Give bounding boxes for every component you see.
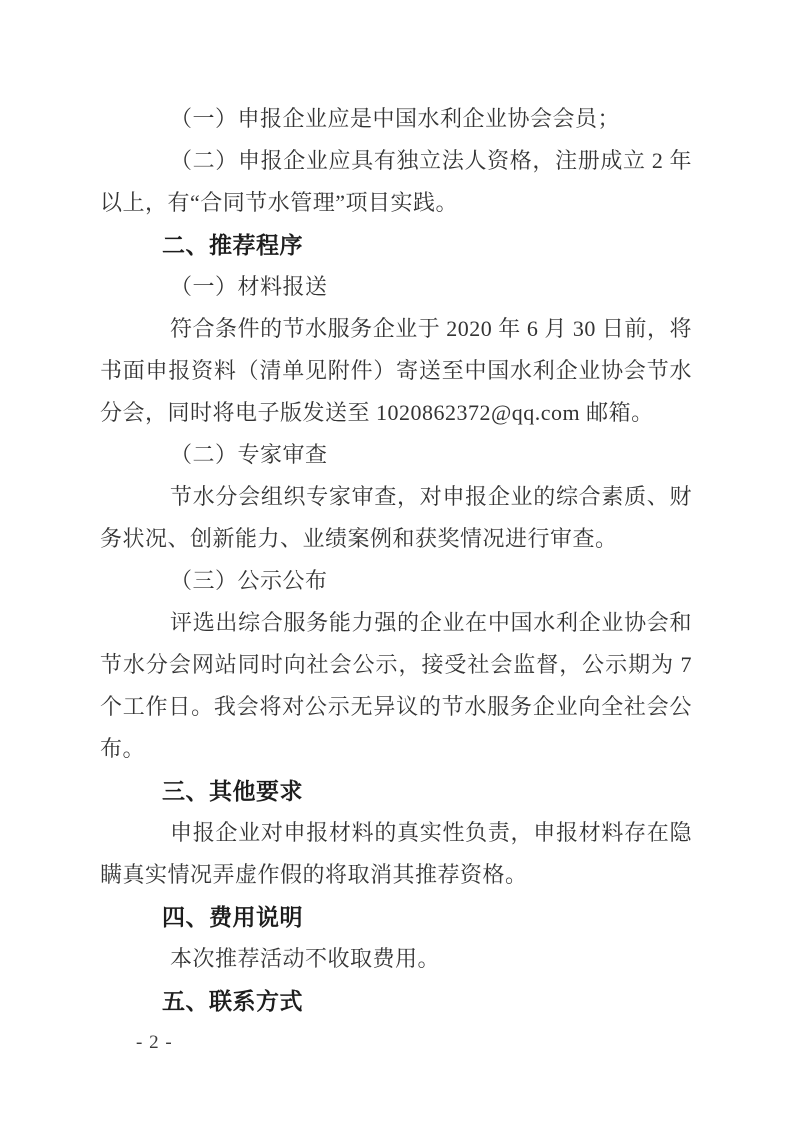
- clause-legal-entity-requirement: （二）申报企业应具有独立法人资格，注册成立 2 年以上，有“合同节水管理”项目实…: [100, 140, 692, 224]
- subheading-expert-review: （二）专家审查: [100, 434, 692, 476]
- paragraph-public-announcement: 评选出综合服务能力强的企业在中国水利企业协会和节水分会网站同时向社会公示，接受社…: [100, 602, 692, 770]
- section-heading-fee-description: 四、费用说明: [100, 896, 692, 938]
- section-heading-contact-info: 五、联系方式: [100, 980, 692, 1022]
- paragraph-other-requirements: 申报企业对申报材料的真实性负责，申报材料存在隐瞒真实情况弄虚作假的将取消其推荐资…: [100, 812, 692, 896]
- section-heading-procedure: 二、推荐程序: [100, 224, 692, 266]
- section-heading-other-requirements: 三、其他要求: [100, 770, 692, 812]
- clause-membership-requirement: （一）申报企业应是中国水利企业协会会员；: [100, 98, 692, 140]
- paragraph-expert-review: 节水分会组织专家审查，对申报企业的综合素质、财务状况、创新能力、业绩案例和获奖情…: [100, 476, 692, 560]
- paragraph-fee-description: 本次推荐活动不收取费用。: [100, 938, 692, 980]
- paragraph-material-submission: 符合条件的节水服务企业于 2020 年 6 月 30 日前，将书面申报资料（清单…: [100, 308, 692, 434]
- subheading-public-announcement: （三）公示公布: [100, 560, 692, 602]
- subheading-material-submission: （一）材料报送: [100, 266, 692, 308]
- page-number: - 2 -: [136, 1022, 692, 1064]
- document-page: （一）申报企业应是中国水利企业协会会员； （二）申报企业应具有独立法人资格，注册…: [0, 0, 800, 1131]
